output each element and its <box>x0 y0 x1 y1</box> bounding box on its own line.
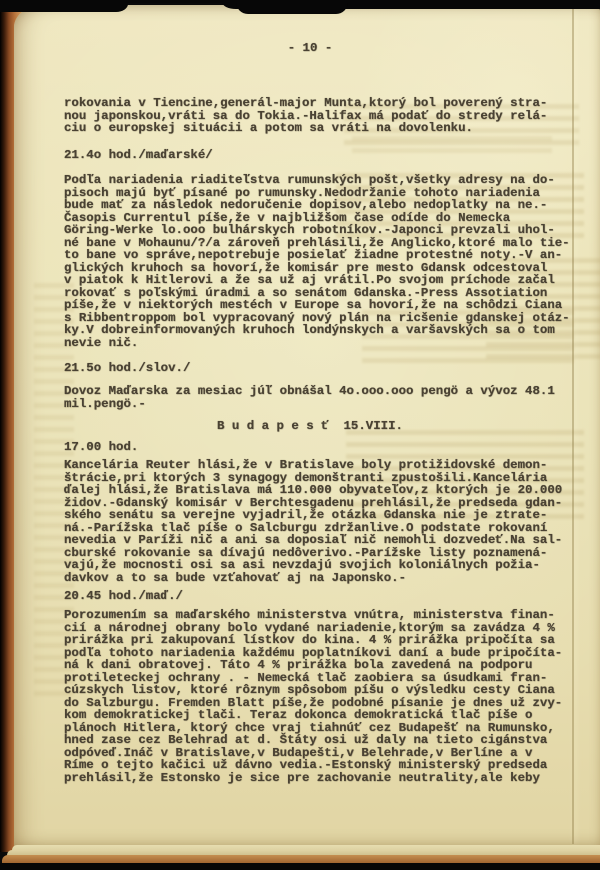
page-number: - 10 - <box>64 42 556 55</box>
scan-black-border-top-line <box>0 0 600 3</box>
time-heading-2140: 21.4o hod./maďarské/ <box>64 149 582 162</box>
time-heading-2150: 21.5o hod./slov./ <box>64 362 582 375</box>
paragraph-hungary-trade: Dovoz Maďarska za mesiac júľ obnášal 4o.… <box>64 385 582 411</box>
time-heading-2045: 20.45 hod./maď./ <box>64 590 582 603</box>
paragraph-reuter-bratislava: Kancelária Reuter hlási,že v Bratislave … <box>64 459 582 584</box>
paragraph-romanian-posts: Podľa nariadenia riaditeľstva rumunských… <box>64 174 582 349</box>
paragraph-tokyo-halifax: rokovania v Tiencine,generál-major Munta… <box>64 97 582 135</box>
time-heading-1700: 17.00 hod. <box>64 441 582 454</box>
section-heading-budapest: B u d a p e s ť 15.VIII. <box>64 420 556 433</box>
scan-black-border-bottom <box>0 863 600 870</box>
scanned-document: - 10 - rokovania v Tiencine,generál-majo… <box>0 0 600 870</box>
paragraph-cinema-surcharge: Porozumením sa maďarského ministerstva v… <box>64 609 582 784</box>
